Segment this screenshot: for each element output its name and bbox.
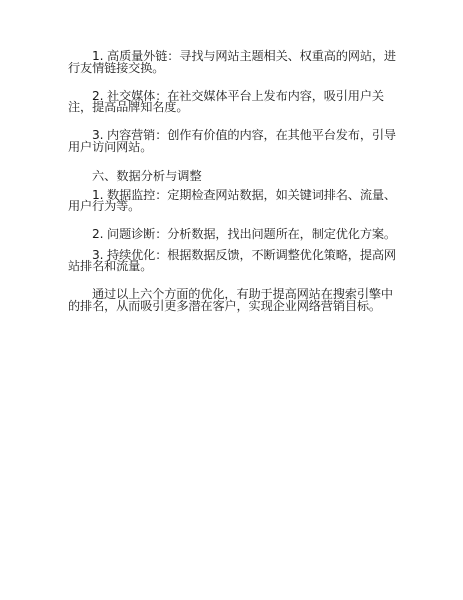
paragraph-continuous-optimization: 3. 持续优化：根据数据反馈，不断调整优化策略，提高网站排名和流量。	[68, 250, 398, 273]
paragraph-social-media: 2. 社交媒体：在社交媒体平台上发布内容，吸引用户关注，提高品牌知名度。	[68, 91, 398, 114]
paragraph-high-quality-links: 1. 高质量外链：寻找与网站主题相关、权重高的网站，进行友情链接交换。	[68, 51, 398, 74]
document-page: 1. 高质量外链：寻找与网站主题相关、权重高的网站，进行友情链接交换。 2. 社…	[68, 51, 398, 329]
paragraph-data-monitoring: 1. 数据监控：定期检查网站数据，如关键词排名、流量、用户行为等。	[68, 190, 398, 213]
paragraph-content-marketing: 3. 内容营销：创作有价值的内容，在其他平台发布，引导用户访问网站。	[68, 130, 398, 153]
paragraph-problem-diagnosis: 2. 问题诊断：分析数据，找出问题所在，制定优化方案。	[68, 229, 398, 241]
section-heading-data-analysis: 六、数据分析与调整	[68, 170, 398, 182]
paragraph-conclusion: 通过以上六个方面的优化，有助于提高网站在搜索引擎中的排名，从而吸引更多潜在客户，…	[68, 289, 398, 312]
